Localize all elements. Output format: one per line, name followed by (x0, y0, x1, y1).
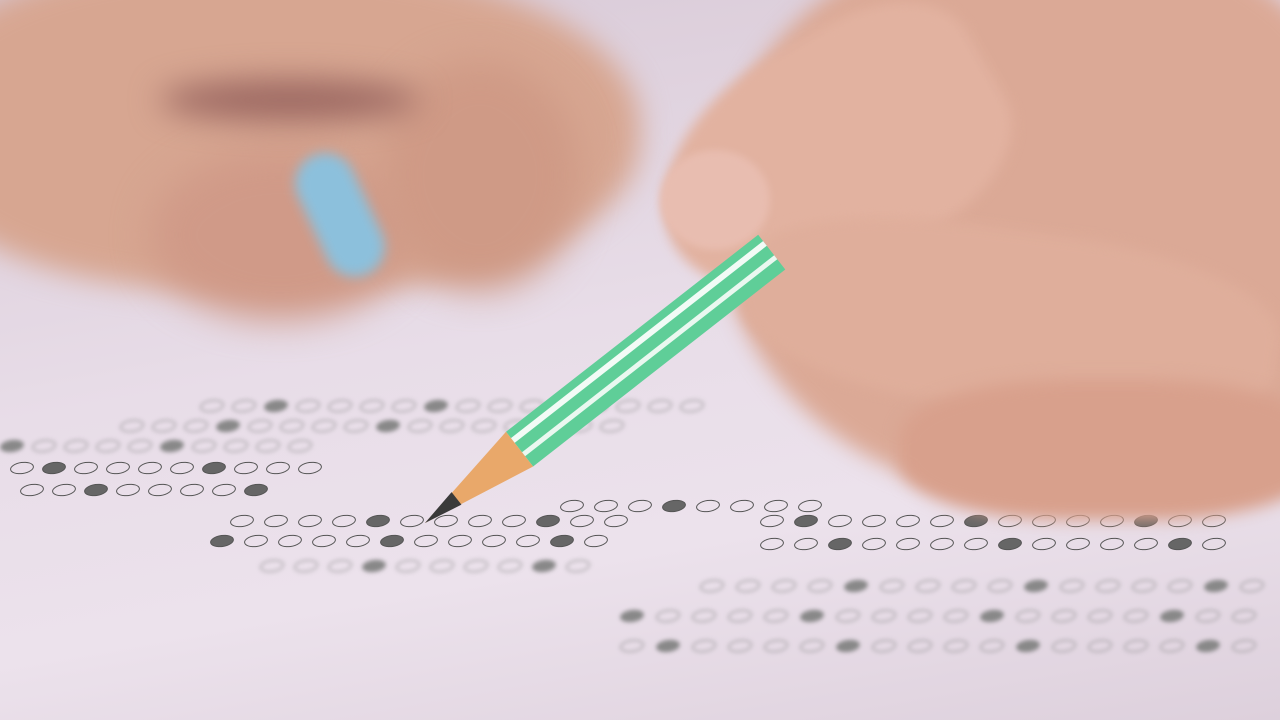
pencil (0, 0, 1280, 720)
photo-scene (0, 0, 1280, 720)
